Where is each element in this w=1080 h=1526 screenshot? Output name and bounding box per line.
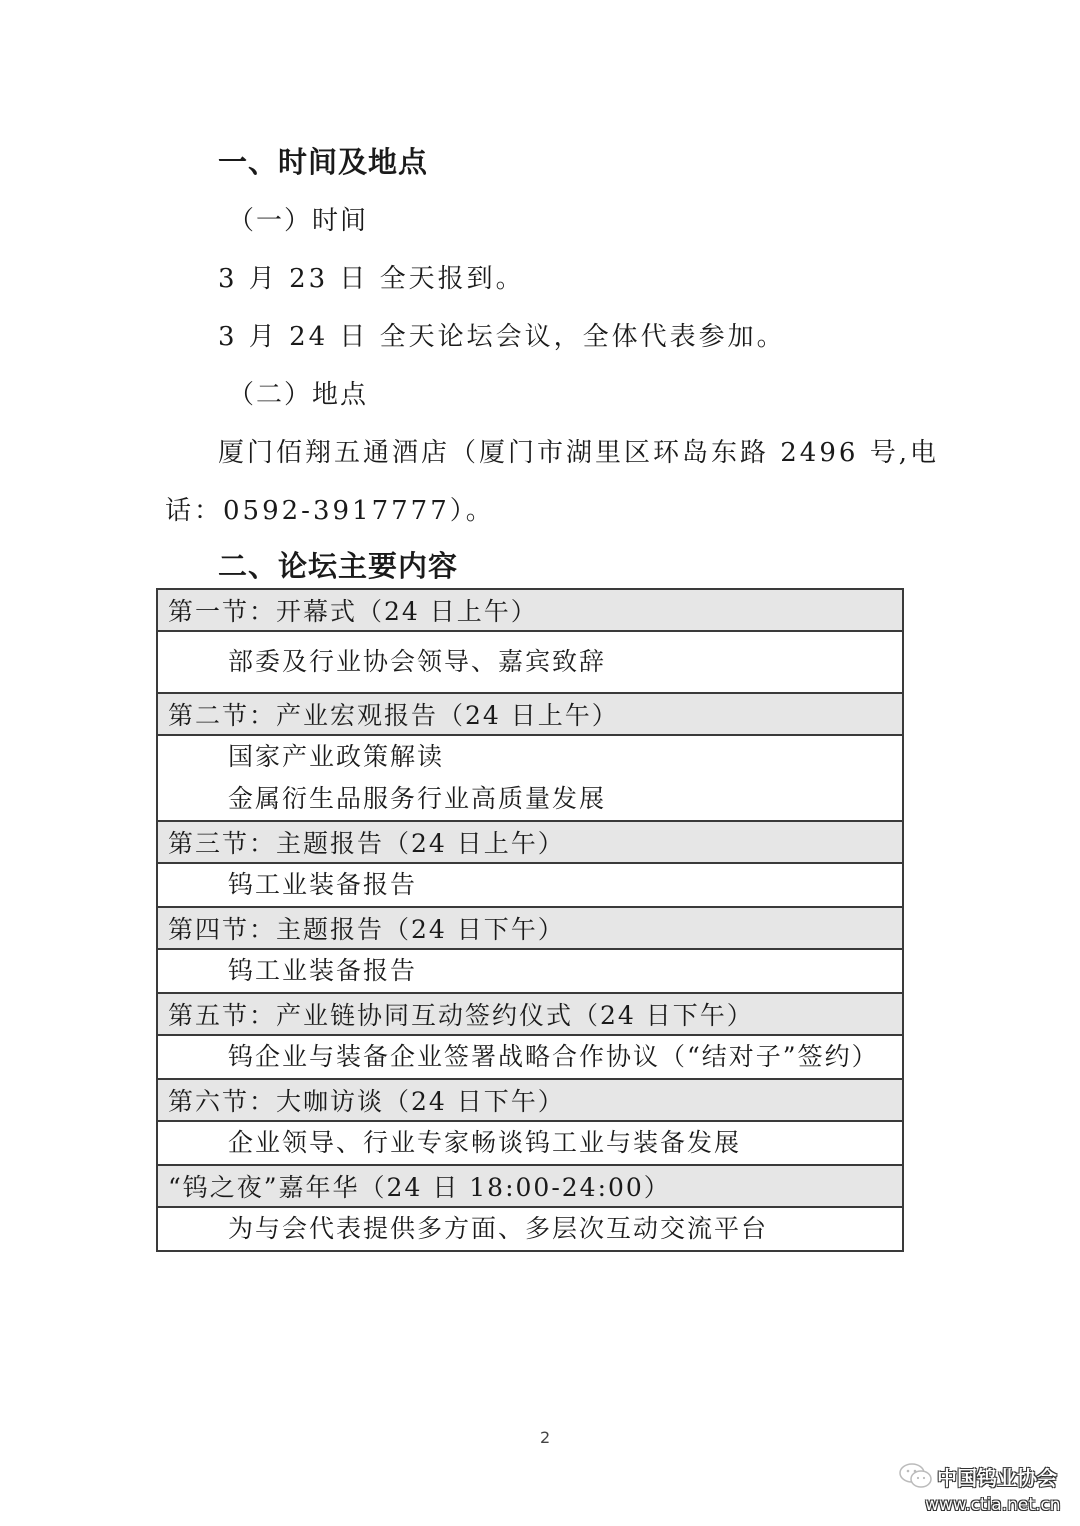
agenda-item-cell: 国家产业政策解读 金属衍生品服务行业高质量发展 [157,735,903,821]
agenda-item-row: 钨工业装备报告 [157,949,903,993]
agenda-item: 部委及行业协会领导、嘉宾致辞 [157,631,903,693]
watermark-url: www.ctia.net.cn [925,1495,1061,1515]
agenda-section-title: 第五节：产业链协同互动签约仪式（24 日下午） [157,993,903,1035]
time-line-2: 3 月 24 日 全天论坛会议，全体代表参加。 [218,316,786,353]
agenda-section-row: 第六节：大咖访谈（24 日下午） [157,1079,903,1121]
agenda-item: 企业领导、行业专家畅谈钨工业与装备发展 [157,1121,903,1165]
agenda-table: 第一节：开幕式（24 日上午） 部委及行业协会领导、嘉宾致辞 第二节：产业宏观报… [156,588,904,1252]
page-number: 2 [540,1428,550,1447]
agenda-section-title: 第四节：主题报告（24 日下午） [157,907,903,949]
agenda-section-row: 第二节：产业宏观报告（24 日上午） [157,693,903,735]
agenda-section-row: 第四节：主题报告（24 日下午） [157,907,903,949]
agenda-item-row: 钨企业与装备企业签署战略合作协议（“结对子”签约） [157,1035,903,1079]
watermark-title: 中国钨业协会 [937,1462,1061,1491]
agenda-section-title: 第一节：开幕式（24 日上午） [157,589,903,631]
agenda-item-row: 钨工业装备报告 [157,863,903,907]
watermark: 中国钨业协会 www.ctia.net.cn [905,1462,1061,1515]
agenda-section-row: “钨之夜”嘉年华（24 日 18:00-24:00） [157,1165,903,1207]
agenda-item: 钨工业装备报告 [157,863,903,907]
agenda-item: 为与会代表提供多方面、多层次互动交流平台 [157,1207,903,1251]
agenda-item-row: 部委及行业协会领导、嘉宾致辞 [157,631,903,693]
agenda-item: 国家产业政策解读 [228,736,892,778]
location-line-2: 话：0592-3917777）。 [165,490,495,527]
agenda-section-title: 第二节：产业宏观报告（24 日上午） [157,693,903,735]
agenda-item-row: 为与会代表提供多方面、多层次互动交流平台 [157,1207,903,1251]
location-subheading: （二）地点 [228,374,368,411]
agenda-item: 钨企业与装备企业签署战略合作协议（“结对子”签约） [157,1035,903,1079]
agenda-section-row: 第一节：开幕式（24 日上午） [157,589,903,631]
section2-heading: 二、论坛主要内容 [218,544,458,585]
agenda-section-title: 第六节：大咖访谈（24 日下午） [157,1079,903,1121]
agenda-item: 金属衍生品服务行业高质量发展 [228,778,892,820]
agenda-section-row: 第五节：产业链协同互动签约仪式（24 日下午） [157,993,903,1035]
agenda-item: 钨工业装备报告 [157,949,903,993]
agenda-section-title: “钨之夜”嘉年华（24 日 18:00-24:00） [157,1165,903,1207]
agenda-section-row: 第三节：主题报告（24 日上午） [157,821,903,863]
agenda-section-title: 第三节：主题报告（24 日上午） [157,821,903,863]
agenda-item-row: 企业领导、行业专家畅谈钨工业与装备发展 [157,1121,903,1165]
time-subheading: （一）时间 [228,200,368,237]
document-page: 一、时间及地点 （一）时间 3 月 23 日 全天报到。 3 月 24 日 全天… [0,0,1080,1526]
location-line-1: 厦门佰翔五通酒店（厦门市湖里区环岛东路 2496 号,电 [218,432,939,469]
section1-heading: 一、时间及地点 [218,140,428,181]
wechat-icon [899,1462,933,1490]
time-line-1: 3 月 23 日 全天报到。 [218,258,525,295]
agenda-item-row: 国家产业政策解读 金属衍生品服务行业高质量发展 [157,735,903,821]
